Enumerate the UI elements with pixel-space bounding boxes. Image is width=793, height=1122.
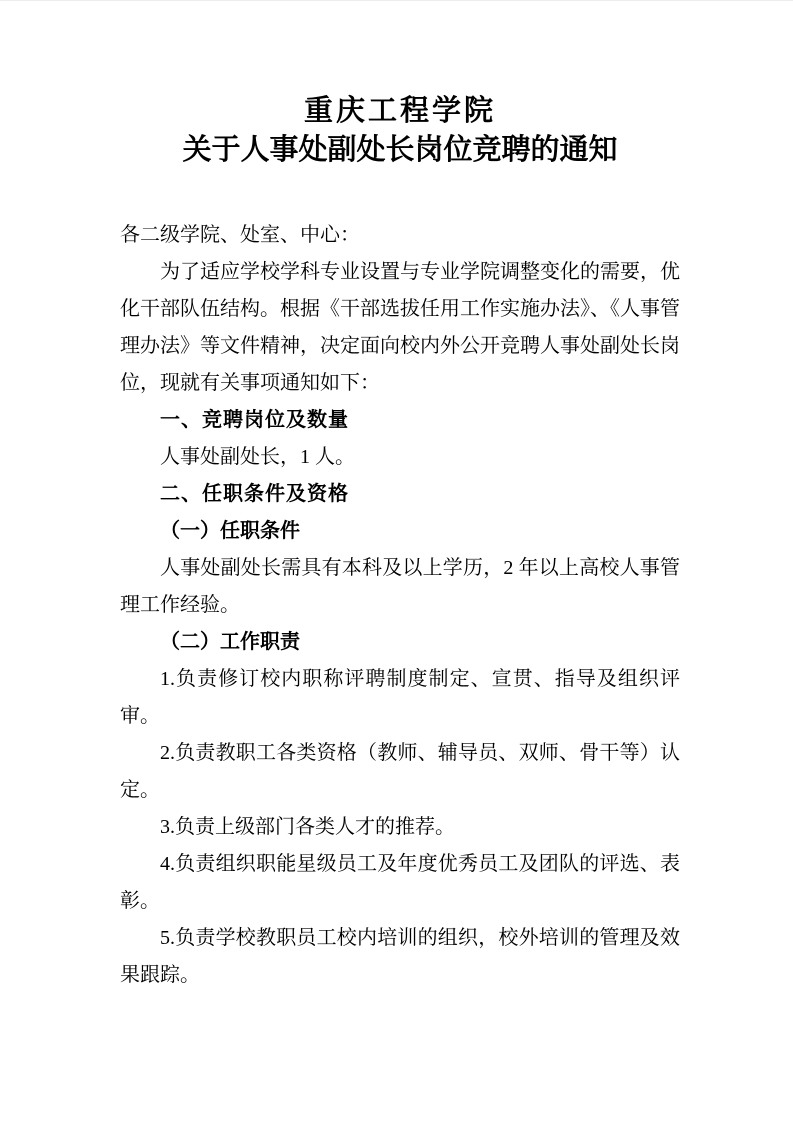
title-line-1: 重庆工程学院 (120, 92, 680, 131)
document-body: 各二级学院、处室、中心： 为了适应学校学科专业设置与专业学院调整变化的需要，优化… (120, 217, 680, 994)
section-2-heading: 二、任职条件及资格 (120, 476, 680, 513)
duty-item-5: 5.负责学校教职员工校内培训的组织，校外培训的管理及效果跟踪。 (120, 920, 680, 994)
duty-item-3: 3.负责上级部门各类人才的推荐。 (120, 809, 680, 846)
subsection-1-heading: （一）任职条件 (120, 513, 680, 550)
section-1-body: 人事处副处长，1 人。 (120, 439, 680, 476)
duty-item-4: 4.负责组织职能星级员工及年度优秀员工及团队的评选、表彰。 (120, 846, 680, 920)
salutation: 各二级学院、处室、中心： (120, 217, 680, 254)
duty-item-1: 1.负责修订校内职称评聘制度制定、宣贯、指导及组织评审。 (120, 661, 680, 735)
section-1-heading: 一、竞聘岗位及数量 (120, 402, 680, 439)
document-title: 重庆工程学院 关于人事处副处长岗位竞聘的通知 (120, 92, 680, 170)
subsection-2-heading: （二）工作职责 (120, 624, 680, 661)
document-page: 重庆工程学院 关于人事处副处长岗位竞聘的通知 各二级学院、处室、中心： 为了适应… (0, 1, 793, 1122)
intro-paragraph: 为了适应学校学科专业设置与专业学院调整变化的需要，优化干部队伍结构。根据《干部选… (120, 254, 680, 402)
title-line-2: 关于人事处副处长岗位竞聘的通知 (120, 131, 680, 170)
subsection-1-body: 人事处副处长需具有本科及以上学历，2 年以上高校人事管理工作经验。 (120, 550, 680, 624)
duty-item-2: 2.负责教职工各类资格（教师、辅导员、双师、骨干等）认定。 (120, 735, 680, 809)
